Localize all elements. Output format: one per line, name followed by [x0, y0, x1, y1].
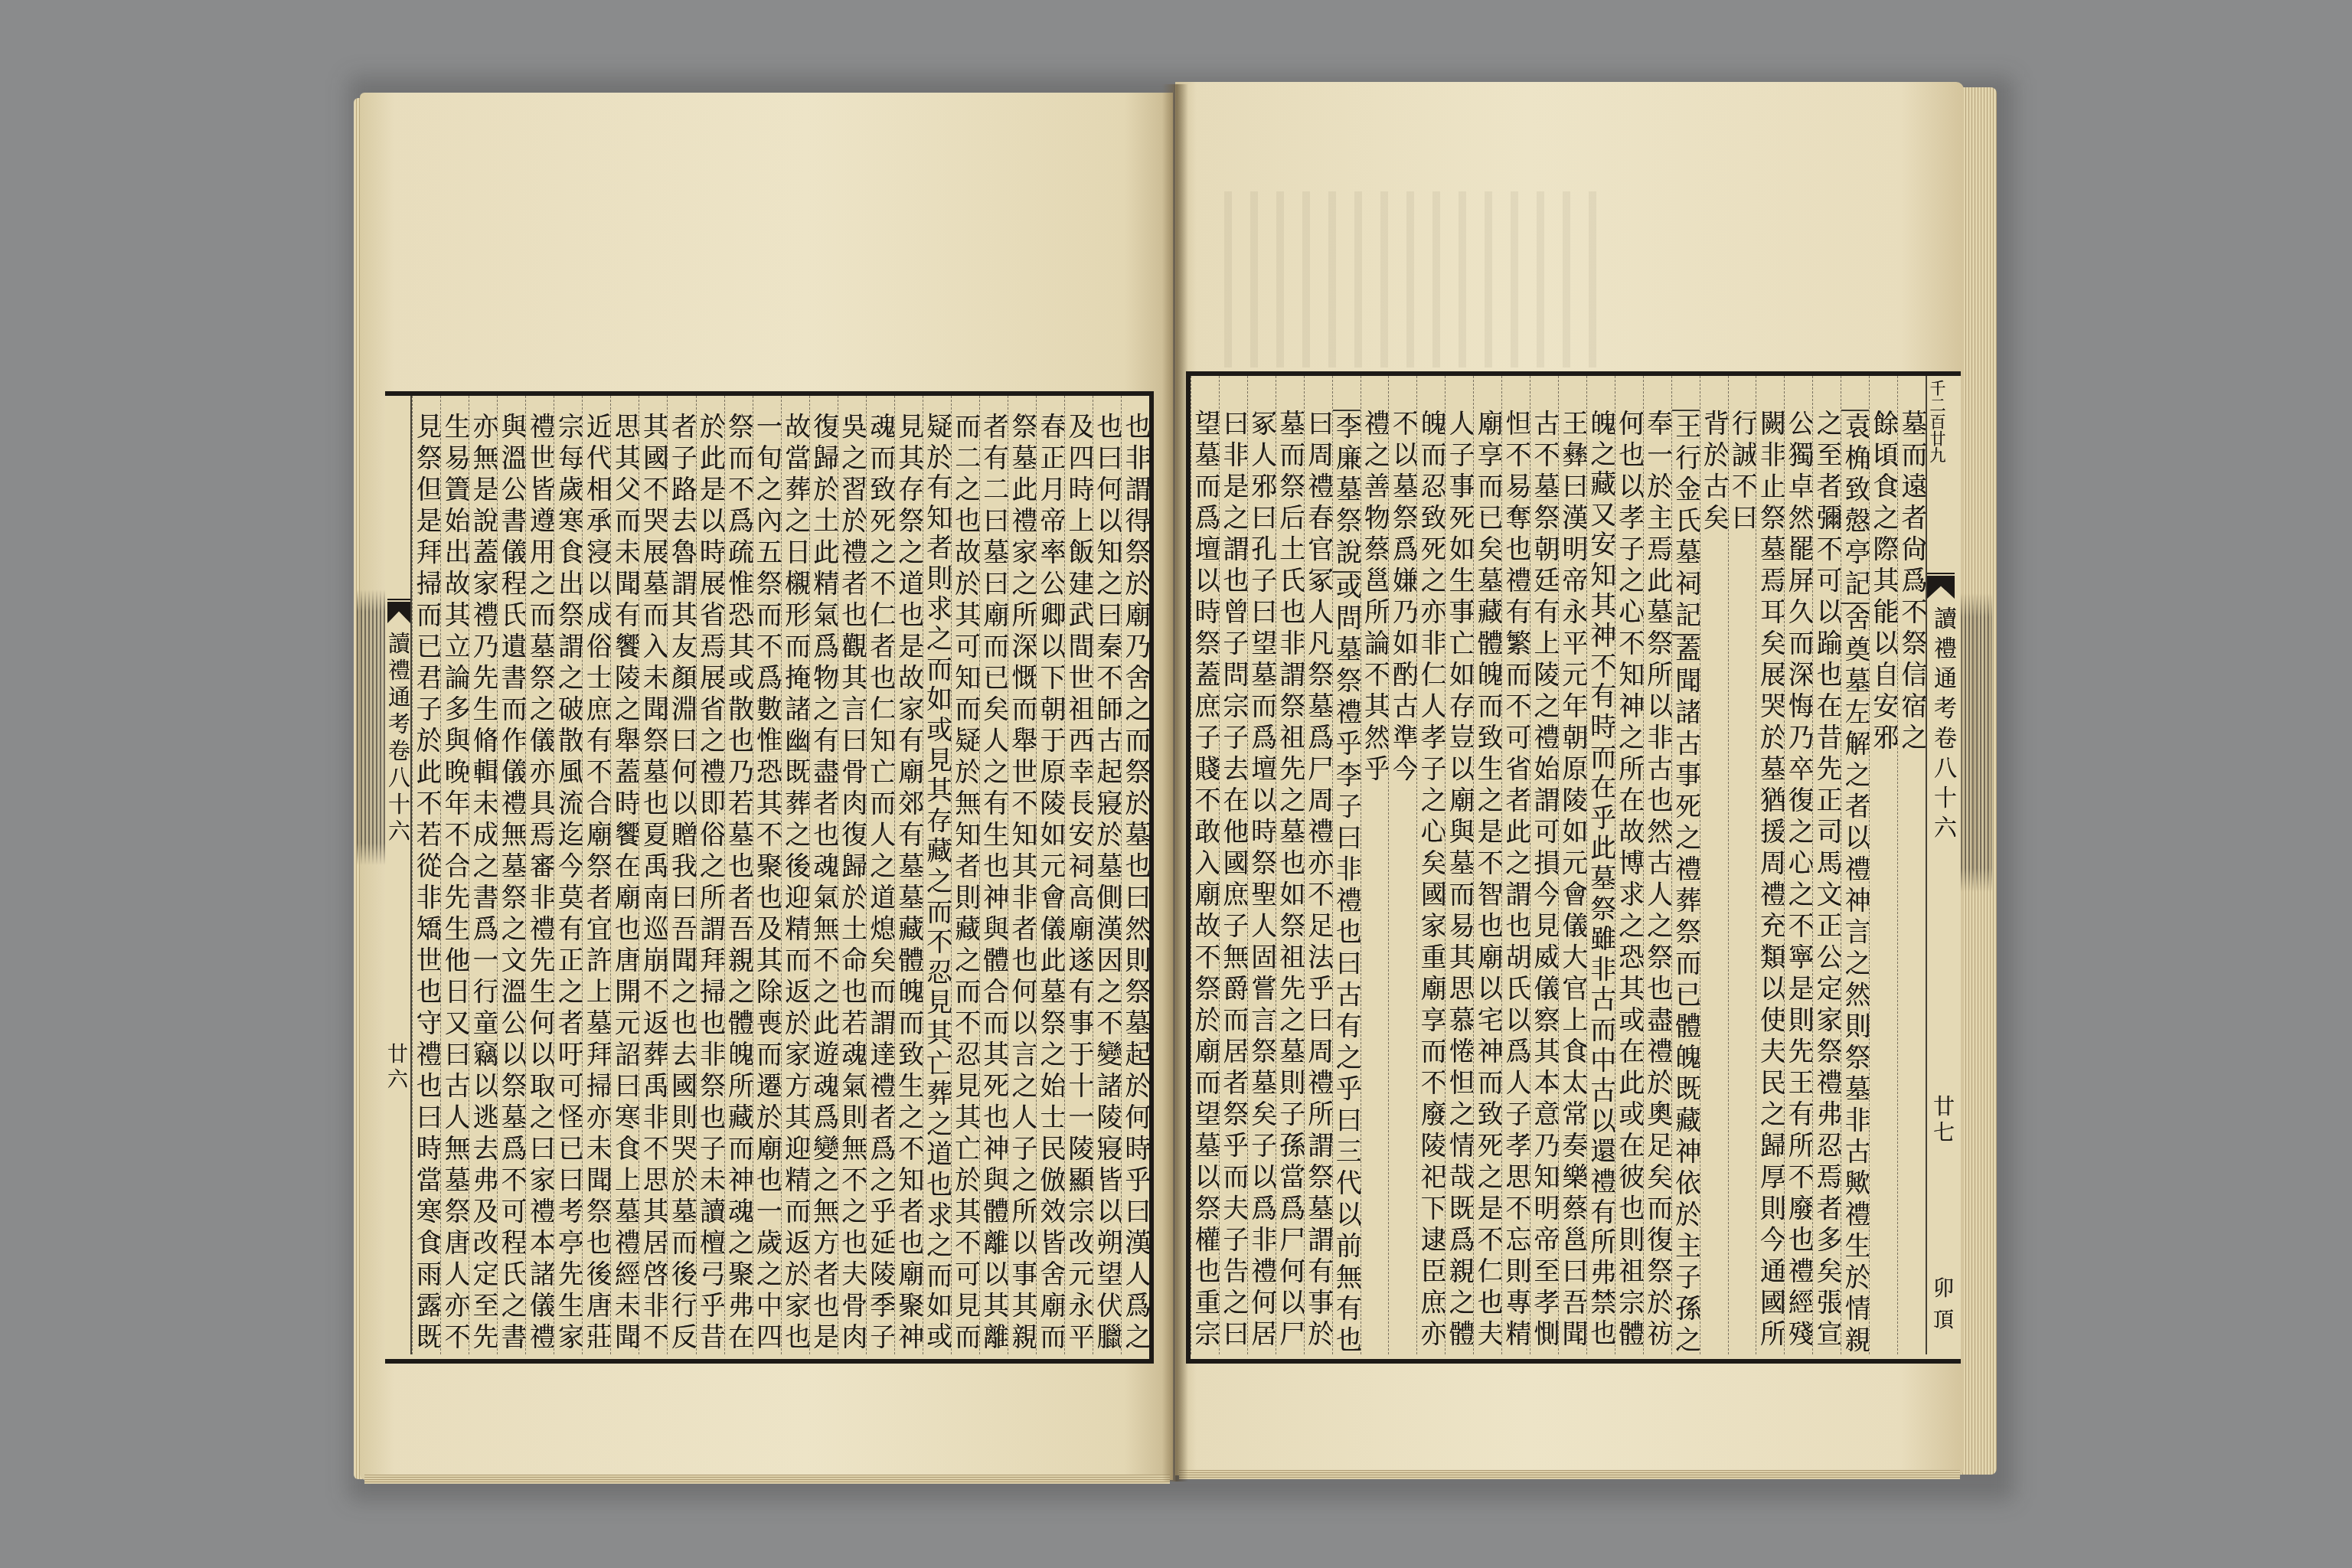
text-column: 宗每歲寒食出祭謂之破散風流迄今莫有正之者吁可怪已曰考亭先生家	[554, 396, 582, 1354]
text-column: 人子事死如生事亡如存豈以廟與墓而易其思慕惓怛之情哉既爲親之體	[1445, 376, 1473, 1354]
column-text: 背於古矣	[1700, 410, 1728, 535]
column-text: 行誠不曰	[1728, 410, 1756, 535]
column-text: 怛不易奪也禮有繁而不可省者此之謂也胡氏以爲人子孝思不忘則專精	[1501, 410, 1530, 1351]
right-edge-ink-smudge	[1957, 593, 1992, 892]
text-column: 之至者彌不可以踰也在昔先正司馬文正公定家祭禮弗忍焉者多矣張宣	[1812, 376, 1841, 1354]
right-block-mark: 卯頂	[1929, 1277, 1952, 1340]
column-text: 闕非止祭墓焉耳矣展哭於墓猶援周禮充類以使夫民之歸厚則今通國所	[1756, 410, 1784, 1351]
left-fishtail-line	[387, 599, 410, 600]
binding-gutter	[1162, 84, 1188, 1481]
text-column: 王行金氏墓祠記蓋聞諸古事死之禮葬祭而已體魄既藏神依於主子孫之	[1671, 376, 1700, 1354]
left-edge-ink-smudge	[357, 590, 386, 865]
text-column: 亦無是說蓋家禮乃先生脩輯未成之書爲一行童竊以逃去弗及改定至先	[469, 396, 497, 1354]
section-title: 王行金氏墓祠記	[1671, 410, 1700, 635]
text-column: 曰周禮春官冢人凡祭墓爲尸周禮亦不足法乎曰周禮所謂祭墓謂有事於	[1304, 376, 1332, 1354]
text-column: 魂而致死之不仁者也仁知亡而人之道熄矣而謂達禮者爲之乎延陵季子	[866, 396, 894, 1354]
left-page-number: 廿六	[384, 1043, 407, 1093]
text-column: 行誠不曰	[1728, 376, 1756, 1354]
text-column: 奉一於主焉此墓祭所以非古也然古人之祭也盡禮於奧足矣而復祭於祊	[1643, 376, 1671, 1354]
right-margin-book-title: 讀禮通考卷八十六	[1930, 606, 1955, 845]
text-column: 袁桷致慤亭記舍奠墓左解之者以禮神言之然則祭墓非古歟禮生於情親	[1841, 376, 1869, 1354]
text-column: 吳之習於禮者也觀其言曰骨肉復歸於土命也若魂氣則無不之也夫骨肉	[838, 396, 866, 1354]
text-column: 疑於有知者則求之而如或見其存藏之而不忍見其亡葬之道也求之而如或	[923, 396, 951, 1354]
text-column: 公獨卓然罷屏久而深悔乃卒復之心之不寧是則先王有所不廢也禮經殘	[1784, 376, 1812, 1354]
text-column: 近代相承寖以成俗士庶有不合廟祭者宜許上墓拜掃亦未聞祭也後唐莊	[582, 396, 610, 1354]
column-text: 不以墓祭爲嫌乃如酌古準今	[1388, 410, 1416, 786]
text-column: 祭而不爲疏惟恐其或散也乃若墓也者吾親之體魄所藏而神魂之聚弗在	[724, 396, 753, 1354]
text-column: 冢人邪曰孔子曰望墓而爲壇以時祭聖人固嘗言祭墓矣子以爲非禮何居	[1247, 376, 1276, 1354]
text-column: 生易簀始出故其立論多與晚年不合先生他日又曰古人無墓祭唐人亦不	[440, 396, 469, 1354]
column-text: 餘頃食之際其能以自安邪	[1869, 410, 1897, 755]
column-text: 公獨卓然罷屏久而深悔乃卒復之心之不寧是則先王有所不廢也禮經殘	[1784, 410, 1812, 1351]
text-column: 餘頃食之際其能以自安邪	[1869, 376, 1897, 1354]
text-column: 魄而忍致死之亦非仁人孝子之心矣國家重廟享而不廢陵祀下逮臣庶亦	[1416, 376, 1445, 1354]
text-column: 背於古矣	[1700, 376, 1728, 1354]
text-column: 者子路去魯謂其友顏淵曰何以贈我曰吾聞之也去國則哭於墓而後行反	[667, 396, 695, 1354]
text-column: 一旬之內五祭而不爲數惟恐其不聚也及其除喪而遷於廟也一歲之中四	[753, 396, 781, 1354]
left-bottom-edge-stack	[364, 1475, 1170, 1484]
show-through-ghost-text	[1206, 191, 1604, 367]
text-column: 而二之也故於其可知而疑於無知者則藏之而不忍見其亡於其不可見而	[951, 396, 979, 1354]
text-column: 王彝曰漢明帝永平元年朝原陵如元會儀大官上食太常奏樂蔡邕曰吾聞	[1558, 376, 1586, 1354]
text-column: 及四時上飯建武間世祖西幸長安祠高廟遂有事于十一陵顯宗改元永平	[1064, 396, 1093, 1354]
text-column: 見祭但是拜掃而已君子於此不若從非矯世也守禮也曰時當寒食雨露既	[412, 396, 440, 1354]
right-page-number: 廿七	[1931, 1095, 1954, 1147]
text-column: 禮之善物蔡邕所論不其然乎	[1361, 376, 1389, 1354]
column-text: 之至者彌不可以踰也在昔先正司馬文正公定家祭禮弗忍焉者多矣張宣	[1812, 410, 1841, 1351]
text-column: 其國不哭展墓而入未聞祭墓也夏禹南巡崩不返葬禹非不思其居啓非不	[639, 396, 667, 1354]
section-title: 李廉墓祭說	[1332, 410, 1361, 573]
text-column: 曰非是之謂也曾子問宗子去在他國庶子無爵而居者祭乎而夫子告之曰	[1219, 376, 1247, 1354]
text-column: 於此是以時展省焉展省之禮即俗之所謂拜掃也非祭也子未讀檀弓乎昔	[696, 396, 724, 1354]
right-fishtail-line	[1927, 573, 1955, 574]
left-margin-book-title: 讀禮通考卷八十六	[387, 632, 410, 846]
right-page-text-block: 墓而遠者尙爲不祭信宿之 餘頃食之際其能以自安邪 袁桷致慤亭記舍奠墓左解之者以禮神…	[1191, 376, 1926, 1354]
column-text: 魄而忍致死之亦非仁人孝子之心矣國家重廟享而不廢陵祀下逮臣庶亦	[1416, 410, 1445, 1351]
column-text: 曰非是之謂也曾子問宗子去在他國庶子無爵而居者祭乎而夫子告之曰	[1219, 410, 1247, 1351]
text-column: 李廉墓祭說或問墓祭禮乎李子曰非禮也曰古有之乎曰三代以前無有也	[1332, 376, 1361, 1354]
column-text: 古不墓祭朝廷有上陵之禮始謂可損今見威儀察其本意乃知明帝至孝惻	[1530, 410, 1558, 1351]
text-column: 春正月帝率公卿以下朝于原陵如元會儀此墓祭之始士民倣效皆舍廟而	[1036, 396, 1064, 1354]
text-column: 祭墓此禮家之所深慨而舉世不知其非者也何以言之人子之所以事其親	[1008, 396, 1036, 1354]
right-banxin-separator	[1926, 376, 1927, 1354]
column-text: 禮之善物蔡邕所論不其然乎	[1361, 410, 1389, 786]
text-column: 怛不易奪也禮有繁而不可省者此之謂也胡氏以爲人子孝思不忘則專精	[1501, 376, 1530, 1354]
column-text: 廟享而已矣墓藏體魄而致生之是不智也廟以宅神而致死之是不仁也夫	[1473, 410, 1501, 1351]
text-column: 闕非止祭墓焉耳矣展哭於墓猶援周禮充類以使夫民之歸厚則今通國所	[1756, 376, 1784, 1354]
left-page-text-block: 也非謂得祭於廟乃舍之而祭於墓也曰然則祭墓起於何時乎曰漢人爲之 也曰何以知之曰秦不…	[412, 396, 1149, 1354]
column-text: 王彝曰漢明帝永平元年朝原陵如元會儀大官上食太常奏樂蔡邕曰吾聞	[1558, 410, 1586, 1351]
text-column: 古不墓祭朝廷有上陵之禮始謂可損今見威儀察其本意乃知明帝至孝惻	[1530, 376, 1558, 1354]
text-column: 魄之藏又安知其神不有時而在乎此墓祭雖非古而中古以還禮有所弗禁也	[1586, 376, 1615, 1354]
column-text: 墓而遠者尙爲不祭信宿之	[1897, 410, 1926, 755]
text-column: 何也以孝子之心不知神之所在故博求之恐其或在此或在彼也則祖宗體	[1615, 376, 1643, 1354]
column-text: 墓而祭后土氏也非謂祭祖先之墓也如祭祖先之墓則子孫當爲尸何以尸	[1276, 410, 1304, 1351]
column-text: 冢人邪曰孔子曰望墓而爲壇以時祭聖人固嘗言祭墓矣子以爲非禮何居	[1247, 410, 1276, 1351]
text-column: 故當葬之日櫬形而掩諸幽既葬之後迎精而返於家方其迎精而返於家也	[781, 396, 809, 1354]
column-text: 曰周禮春官冢人凡祭墓爲尸周禮亦不足法乎曰周禮所謂祭墓謂有事於	[1304, 410, 1332, 1351]
text-column: 墓而遠者尙爲不祭信宿之	[1897, 376, 1926, 1354]
column-text: 望墓而爲壇以時祭蓋庶子賤不敢入廟故不祭於廟而望墓以祭權也重宗	[1191, 410, 1219, 1351]
text-column: 也非謂得祭於廟乃舍之而祭於墓也曰然則祭墓起於何時乎曰漢人爲之	[1121, 396, 1149, 1354]
right-bottom-edge-stack	[1179, 1470, 1960, 1479]
text-column: 復歸於土此精氣爲物之有盡者也魂氣無不之此遊魂爲變之無方者也是	[809, 396, 838, 1354]
column-text: 魄之藏又安知其神不有時而在乎此墓祭雖非古而中古以還禮有所弗禁也	[1586, 410, 1615, 1350]
text-column: 墓而祭后土氏也非謂祭祖先之墓也如祭祖先之墓則子孫當爲尸何以尸	[1276, 376, 1304, 1354]
section-title: 袁桷致慤亭記	[1841, 410, 1869, 604]
text-column: 者有二曰墓曰廟而已矣人之有生也神與體合而其死也神與體離以其離	[979, 396, 1008, 1354]
text-column: 望墓而爲壇以時祭蓋庶子賤不敢入廟故不祭於廟而望墓以祭權也重宗	[1191, 376, 1219, 1354]
text-column: 廟享而已矣墓藏體魄而致生之是不智也廟以宅神而致死之是不仁也夫	[1473, 376, 1501, 1354]
column-text: 蓋聞諸古事死之禮葬祭而已體魄既藏神依於主子孫之	[1671, 635, 1700, 1354]
column-text: 舍奠墓左解之者以禮神言之然則祭墓非古歟禮生於情親	[1841, 604, 1869, 1354]
text-column: 見其存祭之道也是故家有廟郊有墓墓藏體魄而致生之不知者也廟聚神	[894, 396, 923, 1354]
text-column: 不以墓祭爲嫌乃如酌古準今	[1388, 376, 1416, 1354]
column-text: 奉一於主焉此墓祭所以非古也然古人之祭也盡禮於奧足矣而復祭於祊	[1643, 410, 1671, 1351]
text-column: 禮世皆遵用之而墓祭之儀亦具焉審非禮先生何以取之曰家禮本諸儀禮	[525, 396, 554, 1354]
column-text: 何也以孝子之心不知神之所在故博求之恐其或在此或在彼也則祖宗體	[1615, 410, 1643, 1351]
text-column: 也曰何以知之曰秦不師古起寢於墓側漢因之不變諸陵寢皆以朔望伏臘	[1093, 396, 1121, 1354]
text-column: 與溫公書儀程氏遺書而作儀禮無墓祭之文溫公以祭墓爲不可程氏之書	[497, 396, 525, 1354]
column-text: 人子事死如生事亡如存豈以廟與墓而易其思慕惓怛之情哉既爲親之體	[1445, 410, 1473, 1351]
text-column: 思其父而未聞有饗陵之舉蓋時饗在廟也唐開元詔曰寒食上墓禮經未聞	[610, 396, 639, 1354]
right-margin-count-note: 千二百廿九	[1928, 380, 1946, 464]
column-text: 或問墓祭禮乎李子曰非禮也曰古有之乎曰三代以前無有也	[1332, 573, 1361, 1354]
